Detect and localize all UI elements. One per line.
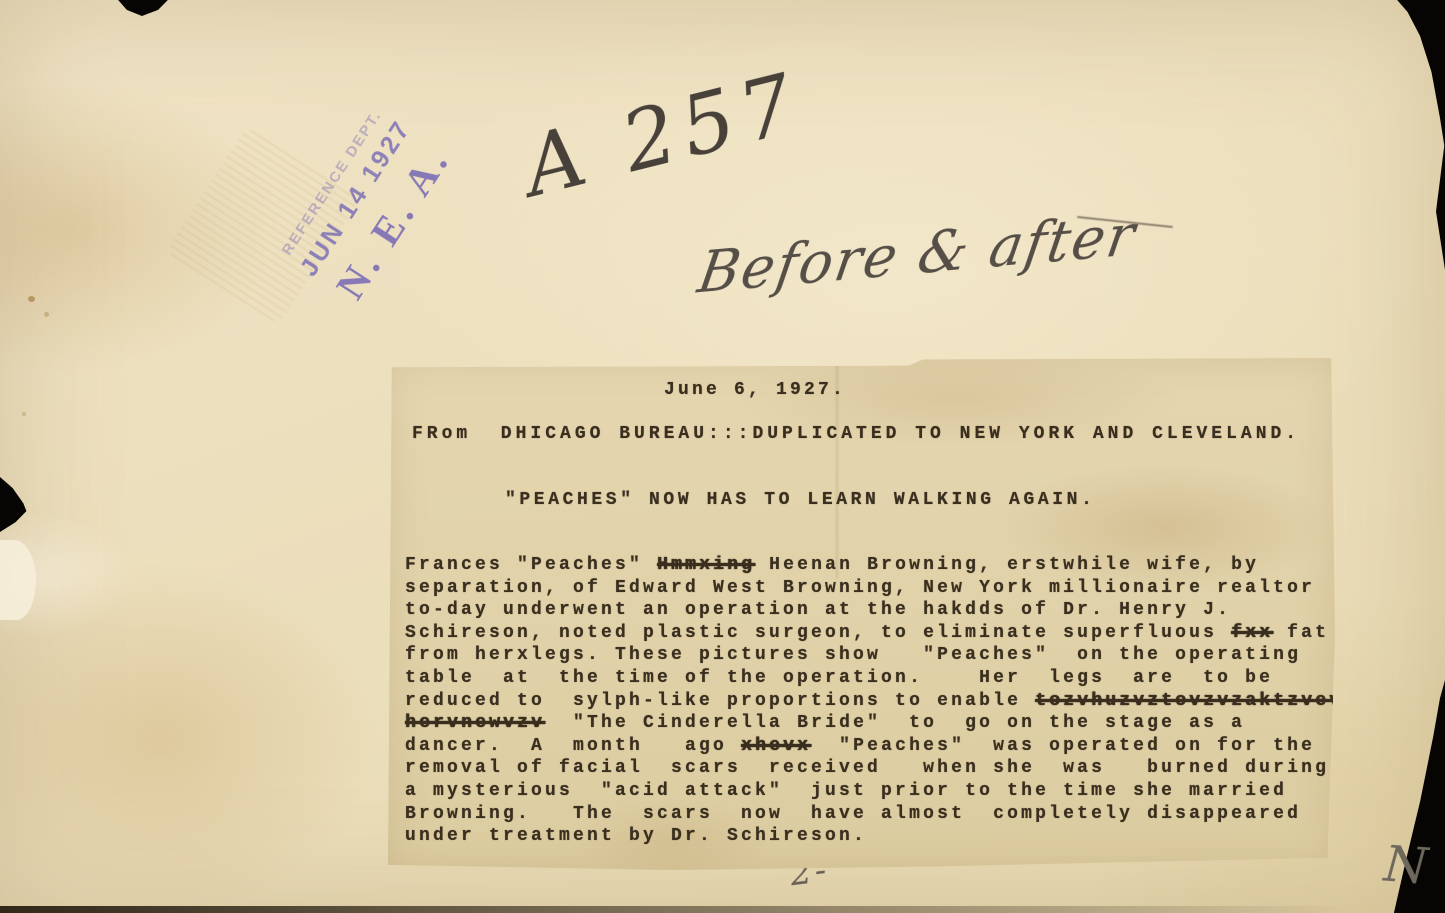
- caption-from-line: FRom DHICAGO BUREAU:::DUPLICATED TO NEW …: [412, 424, 1300, 444]
- caption-body-line: under treatment by Dr. Schireson.: [405, 825, 1343, 848]
- caption-body-line: reduced to sylph-like proportions to ena…: [405, 690, 1343, 713]
- caption-headline: "PEACHES" NOW HAS TO LEARN WALKING AGAIN…: [505, 490, 1095, 510]
- photo-bottom-edge-shadow: [0, 906, 1350, 913]
- caption-body-line: Schireson, noted plastic surgeon, to eli…: [405, 622, 1343, 645]
- struck-word: xhevx: [741, 736, 811, 756]
- caption-body-line: hervnewvzv "The Cinderella Bride" to go …: [405, 712, 1343, 735]
- caption-body-line: Browning. The scars now have almost comp…: [405, 803, 1343, 826]
- paper-speck: [44, 312, 49, 317]
- struck-word: hervnewvzv: [405, 713, 545, 733]
- struck-word: fxx: [1231, 623, 1273, 643]
- struck-word: Hmmxing: [657, 555, 755, 575]
- caption-body-line: table at the time of the operation. Her …: [405, 667, 1343, 690]
- caption-date-line: June 6, 1927.: [664, 380, 846, 400]
- caption-body-line: dancer. A month ago xhevx "Peaches" was …: [405, 735, 1343, 758]
- caption-body-line: a mysterious "acid attack" just prior to…: [405, 780, 1343, 803]
- caption-body-line: from herxlegs. These pictures show "Peac…: [405, 644, 1343, 667]
- photo-back-scan: REFERENCE DEPT. JUN 14 1927 N. E. A. A 2…: [0, 0, 1445, 913]
- caption-body-line: Frances "Peaches" Hmmxing Heenan Brownin…: [405, 554, 1343, 577]
- paper-speck: [22, 412, 26, 416]
- caption-body-line: separation, of Edward West Browning, New…: [405, 577, 1343, 600]
- paper-speck: [28, 296, 35, 302]
- typed-caption-slip: June 6, 1927. FRom DHICAGO BUREAU:::DUPL…: [388, 358, 1335, 870]
- struck-word: tozvhuzvztovzvzaktzvev: [1035, 691, 1343, 711]
- caption-body-line: removal of facial scars received when sh…: [405, 757, 1343, 780]
- handwritten-corner-letter: N: [1382, 835, 1430, 896]
- caption-body-line: to-day underwent an operation at the hak…: [405, 599, 1343, 622]
- caption-body: Frances "Peaches" Hmmxing Heenan Brownin…: [405, 554, 1343, 848]
